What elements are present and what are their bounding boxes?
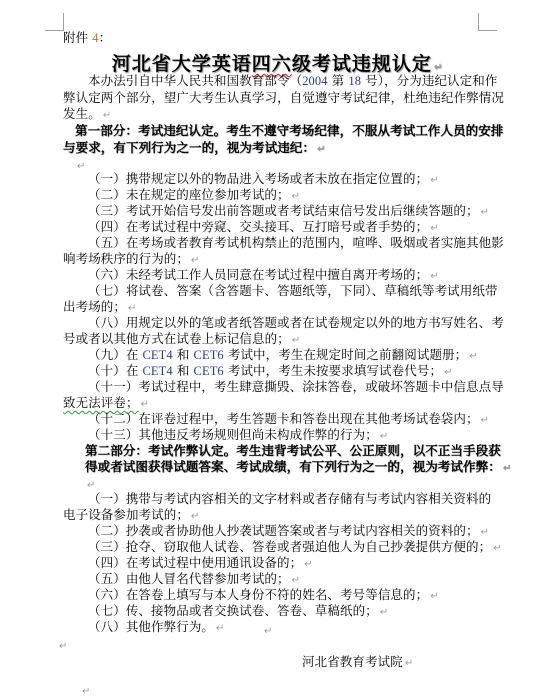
part2-item-1: （一）携带与考试内容相关的文字材料或者存储有与考试内容相关资料的 [88, 491, 491, 507]
empty-paragraph: ↵ [80, 682, 90, 700]
paragraph-mark-icon: ↵ [292, 335, 300, 346]
paragraph-mark-icon: ↵ [481, 207, 489, 218]
item-label: （七） [88, 603, 126, 618]
attachment-label: 附件 4： [63, 30, 111, 46]
item-text: 考试中，考生在规定时间之前翻阅试题册； [224, 347, 467, 362]
attachment-prefix: 附件 [63, 30, 92, 45]
paragraph-mark-icon: ↵ [87, 480, 95, 491]
paragraph-mark-icon: ↵ [380, 607, 388, 618]
paragraph-mark-icon: ↵ [103, 110, 111, 121]
item-label: （三） [88, 203, 126, 218]
item-text: 未经考试工作人员同意在考试过程中擅自离开考场的； [126, 267, 428, 282]
item-text: 在 [126, 363, 143, 378]
item-label: （二） [88, 187, 126, 202]
item-label: （六） [88, 267, 126, 282]
item-text: 号或者以其他方式在试卷上标记信息的； [63, 331, 290, 346]
empty-paragraph: ↵ [262, 622, 272, 640]
paragraph-mark-icon: ↵ [430, 591, 438, 602]
part2-header-text: 得或者试图获得试题答案、考试成绩，有下列行为之一的，视为考试作弊： [85, 459, 501, 474]
item-text: 考试过程中，考生肆意撕毁、涂抹答卷，或破坏答题卡中信息点导 [138, 379, 503, 394]
item-label: （四） [88, 555, 126, 570]
part1-header-line-2: 与要求，有下列行为之一的，视为考试违纪：↵ [63, 140, 326, 158]
intro-line-2: 弊认定两个部分，望广大考生认真学习，自觉遵守考试纪律，杜绝违纪作弊情况 [63, 90, 504, 106]
paragraph-mark-icon: ↵ [191, 255, 199, 266]
paragraph-mark-icon: ↵ [405, 658, 413, 669]
paragraph-mark-icon: ↵ [481, 527, 489, 538]
item-text: 未在规定的座位参加考试的； [126, 187, 290, 202]
empty-paragraph: ↵ [75, 157, 85, 175]
item-text: 和 [173, 347, 194, 362]
item-text: 响考场秩序的行为的； [63, 251, 189, 266]
item-label: （十） [88, 363, 126, 378]
title-text-2: 级考试违规认定 [292, 53, 432, 75]
decree-year: 2004 [302, 74, 327, 88]
item-label: （十一） [88, 379, 138, 394]
item-text: 携带与考试内容相关的文字材料或者存储有与考试内容相关资料的 [126, 491, 491, 506]
part1-item-7: （七）将试卷、答案（含答题卡、答题纸等，下同）、草稿纸等考试用纸带 [88, 283, 498, 299]
item-label: （九） [88, 347, 126, 362]
margin-corner-mark-left [45, 13, 64, 31]
item-text: 出考场的； [63, 299, 126, 314]
title-text-1: 河北省大学英语 [112, 53, 252, 75]
item-label: （一） [88, 491, 126, 506]
part1-header-line-1: 第一部分：考试违纪认定。考生不遵守考场纪律，不服从考试工作人员的安排 [75, 123, 503, 139]
item-text: 其他作弊行为。 [126, 619, 214, 634]
intro-text: 第 [328, 73, 349, 88]
exam-name-cet4: CET4 [143, 348, 173, 362]
signature-text: 河北省教育考试院 [302, 654, 403, 669]
paragraph-mark-icon: ↵ [128, 303, 136, 314]
paragraph-mark-icon: ↵ [77, 161, 85, 172]
part1-item-5: （五）在考场或者教育考试机构禁止的范围内，喧哗、吸烟或者实施其他影 [88, 235, 504, 251]
item-text: 电子设备参加考试的； [63, 507, 189, 522]
item-label: （五） [88, 235, 126, 250]
document-title: 河北省大学英语四六级考试违规认定↵ [0, 49, 555, 76]
item-text: 在考试过程中旁窥、交头接耳、互打暗号或者手势的； [126, 219, 428, 234]
exam-name-cet6: CET6 [194, 348, 224, 362]
paragraph-mark-icon: ↵ [292, 575, 300, 586]
item-label: （六） [88, 587, 126, 602]
paragraph-mark-icon: ↵ [430, 223, 438, 234]
decree-number: 18 [348, 74, 361, 88]
intro-text: 号），分为违纪认定和作 [361, 73, 497, 88]
item-text: 和 [173, 363, 194, 378]
attachment-suffix: ： [99, 30, 112, 45]
item-text: 用规定以外的笔或者纸答题或者在试卷规定以外的地方书写姓名、考 [126, 315, 504, 330]
paragraph-mark-icon: ↵ [493, 543, 501, 554]
paragraph-mark-icon: ↵ [216, 623, 224, 634]
intro-text: 发生。 [63, 106, 101, 121]
item-text: 考试中，考生未按要求填写试卷代号； [224, 363, 442, 378]
paragraph-mark-icon: ↵ [481, 415, 489, 426]
part1-item-11: （十一）考试过程中，考生肆意撕毁、涂抹答卷，或破坏答题卡中信息点导 [88, 379, 504, 395]
item-text: 将试卷、答案（含答题卡、答题纸等，下同）、草稿纸等考试用纸带 [126, 283, 498, 298]
intro-text: 本办法引自中华人民共和国教育部令（ [88, 73, 302, 88]
paragraph-mark-icon: ↵ [430, 271, 438, 282]
item-text: 由他人冒名代替参加考试的； [126, 571, 290, 586]
paragraph-mark-icon: ↵ [191, 511, 199, 522]
paragraph-mark-icon: ↵ [82, 686, 90, 697]
item-text: 致无法评卷； [63, 395, 139, 410]
item-text: 在评卷过程中，考生答题卡和答卷出现在其他考场试卷袋内； [138, 411, 478, 426]
item-text: 在考试过程中使用通讯设备的； [126, 555, 302, 570]
item-label: （三） [88, 539, 126, 554]
exam-name-cet6: CET6 [194, 364, 224, 378]
item-text: 传、接物品或者交换试卷、答卷、草稿纸的； [126, 603, 378, 618]
intro-line-3: 发生。↵ [63, 106, 111, 124]
item-label: （二） [88, 523, 126, 538]
title-spellcheck-word: 四六 [252, 53, 292, 75]
margin-corner-mark-right [478, 13, 497, 31]
paragraph-mark-icon: ↵ [469, 351, 477, 362]
paragraph-mark-icon: ↵ [317, 144, 325, 155]
paragraph-mark-icon: ↵ [444, 367, 452, 378]
part1-header-text: 与要求，有下列行为之一的，视为考试违纪： [63, 140, 315, 155]
paragraph-mark-icon: ↵ [434, 62, 443, 73]
exam-name-cet4: CET4 [143, 364, 173, 378]
paragraph-mark-icon: ↵ [304, 559, 312, 570]
paragraph-mark-icon: ↵ [264, 626, 272, 637]
empty-paragraph: ↵ [57, 637, 67, 655]
item-text: 抄袭或者协助他人抄袭试题答案或者与考试内容相关的资料的； [126, 523, 479, 538]
item-label: （一） [88, 171, 126, 186]
item-label: （八） [88, 619, 126, 634]
paragraph-mark-icon: ↵ [59, 641, 67, 652]
item-text: 在考场或者教育考试机构禁止的范围内，喧哗、吸烟或者实施其他影 [126, 235, 504, 250]
paragraph-mark-icon: ↵ [141, 399, 149, 410]
part1-item-8: （八）用规定以外的笔或者纸答题或者在试卷规定以外的地方书写姓名、考 [88, 315, 504, 331]
item-label: （五） [88, 571, 126, 586]
part2-item-8: （八）其他作弊行为。↵ [88, 619, 225, 637]
item-text: 抢夺、窃取他人试卷、答卷或者强迫他人为自己抄袭提供方便的； [126, 539, 491, 554]
item-text: 携带规定以外的物品进入考场或者未放在指定位置的； [126, 171, 428, 186]
item-label: （十二） [88, 411, 138, 426]
item-label: （七） [88, 283, 126, 298]
intro-line-1: 本办法引自中华人民共和国教育部令（2004 第 18 号），分为违纪认定和作 [88, 73, 498, 89]
item-text: 其他违反考场规则但尚未构成作弊的行为； [138, 427, 377, 442]
item-label: （十三） [88, 427, 138, 442]
item-label: （八） [88, 315, 126, 330]
paragraph-mark-icon: ↵ [430, 175, 438, 186]
item-text: 考试开始信号发出前答题或者考试结束信号发出后继续答题的； [126, 203, 479, 218]
document-page: 附件 4： 河北省大学英语四六级考试违规认定↵ 本办法引自中华人民共和国教育部令… [0, 0, 555, 700]
item-label: （四） [88, 219, 126, 234]
item-text: 在答卷上填写与本人身份不符的姓名、考号等信息的； [126, 587, 428, 602]
paragraph-mark-icon: ↵ [503, 463, 511, 474]
part2-header-line-1: 第二部分：考试作弊认定。考生违背考试公平、公正原则，以不正当手段获 [85, 443, 501, 459]
signature: 河北省教育考试院↵ [302, 654, 413, 672]
paragraph-mark-icon: ↵ [292, 191, 300, 202]
part2-header-line-2: 得或者试图获得试题答案、考试成绩，有下列行为之一的，视为考试作弊：↵ [85, 459, 511, 477]
paragraph-mark-icon: ↵ [380, 431, 388, 442]
item-text: 在 [126, 347, 143, 362]
